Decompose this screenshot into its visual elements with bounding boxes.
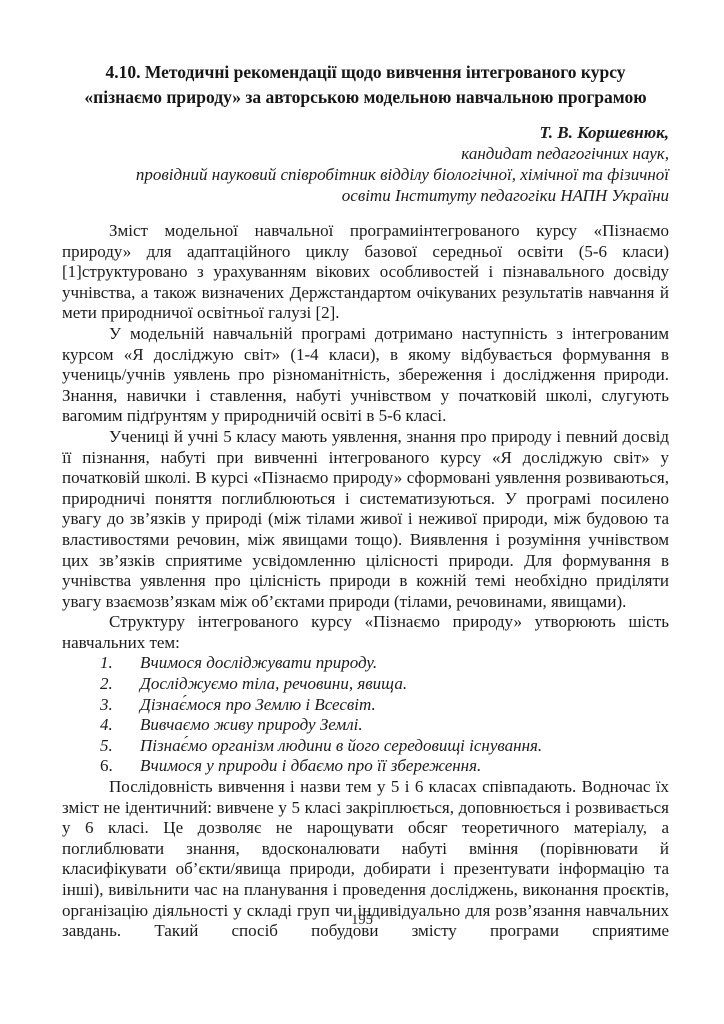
theme-list: 1. Вчимося досліджувати природу. 2. Досл… — [62, 653, 669, 777]
theme-item-text: Пізнає́мо організм людини в його середов… — [140, 736, 542, 757]
paragraph-3: Учениці й учні 5 класу мають уявлення, з… — [62, 427, 669, 612]
section-heading-line-2: «пізнаємо природу» за авторською модельн… — [84, 87, 646, 107]
section-heading-line-1: 4.10. Методичні рекомендації щодо вивчен… — [105, 62, 625, 82]
author-degree: кандидат педагогічних наук, — [62, 143, 669, 164]
theme-item-text: Досліджуємо тіла, речовини, явища. — [140, 674, 407, 695]
author-affiliation-line-2: освіти Інституту педагогіки НАПН України — [62, 185, 669, 206]
theme-item-number: 2. — [100, 674, 140, 695]
page-number: 195 — [0, 912, 724, 929]
theme-list-item: 4. Вивчаємо живу природу Землі. — [62, 715, 669, 736]
theme-item-number: 3. — [100, 695, 140, 716]
theme-item-text: Вчимося досліджувати природу. — [140, 653, 377, 674]
theme-list-item: 3. Дізнає́мося про Землю і Всесвіт. — [62, 695, 669, 716]
theme-list-item: 2. Досліджуємо тіла, речовини, явища. — [62, 674, 669, 695]
section-heading: 4.10. Методичні рекомендації щодо вивчен… — [62, 60, 669, 109]
theme-list-item: 1. Вчимося досліджувати природу. — [62, 653, 669, 674]
theme-item-number: 5. — [100, 736, 140, 757]
theme-item-text: Дізнає́мося про Землю і Всесвіт. — [140, 695, 376, 716]
theme-item-text: Вивчаємо живу природу Землі. — [140, 715, 363, 736]
page-content: 4.10. Методичні рекомендації щодо вивчен… — [62, 60, 669, 942]
paragraph-1: Зміст модельної навчальної програмиінтег… — [62, 221, 669, 324]
theme-item-number: 4. — [100, 715, 140, 736]
body-text: Зміст модельної навчальної програмиінтег… — [62, 221, 669, 942]
document-page: 4.10. Методичні рекомендації щодо вивчен… — [0, 0, 724, 1024]
author-affiliation-line-1: провідний науковий співробітник відділу … — [62, 164, 669, 185]
author-block: Т. В. Коршевнюк, кандидат педагогічних н… — [62, 122, 669, 206]
paragraph-2: У модельній навчальній програмі дотриман… — [62, 324, 669, 427]
theme-item-number: 1. — [100, 653, 140, 674]
author-name: Т. В. Коршевнюк, — [62, 122, 669, 143]
paragraph-list-lead: Структуру інтегрованого курсу «Пізнаємо … — [62, 612, 669, 653]
theme-item-number: 6. — [100, 756, 140, 777]
theme-item-text: Вчимося у природи і дбаємо про її збереж… — [140, 756, 481, 777]
theme-list-item: 6. Вчимося у природи і дбаємо про її збе… — [62, 756, 669, 777]
theme-list-item: 5. Пізнає́мо організм людини в його сере… — [62, 736, 669, 757]
